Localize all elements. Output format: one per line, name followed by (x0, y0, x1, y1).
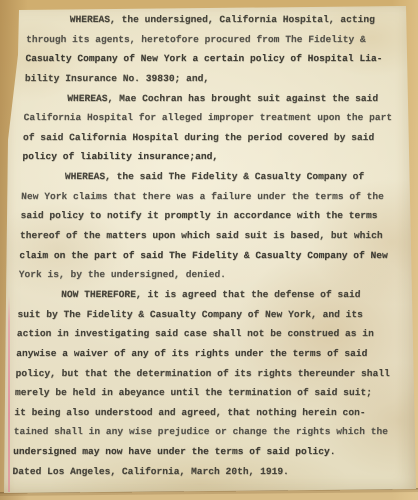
document-line: policy of liability insurance;and, (22, 147, 414, 167)
document-line: it being also understood and agreed, tha… (14, 403, 406, 423)
document-line: York is, by the undersigned, denied. (18, 265, 410, 285)
document-text: WHEREAS, the undersigned, California Hos… (0, 10, 418, 481)
document-line: bility Insurance No. 39830; and, (25, 69, 417, 89)
document-line: through its agents, heretofore procured … (26, 30, 418, 50)
document-line: NOW THEREFORE, it is agreed that the def… (18, 285, 410, 305)
document-line: claim on the part of said The Fidelity &… (19, 246, 411, 266)
document-line: New York claims that there was a failure… (21, 187, 413, 207)
document-line: WHEREAS, Mae Cochran has brought suit ag… (24, 89, 416, 109)
document-line: WHEREAS, the said The Fidelity & Casualt… (21, 167, 413, 187)
document-line: merely be held in abeyance until the ter… (15, 383, 407, 403)
document-line: thereof of the matters upon which said s… (20, 226, 412, 246)
document-line: policy, but that the determination of it… (15, 364, 407, 384)
document-line: said policy to notify it promptly in acc… (20, 206, 412, 226)
document-line: suit by The Fidelity & Casualty Company … (17, 305, 409, 325)
document-page: WHEREAS, the undersigned, California Hos… (0, 0, 418, 500)
document-line: Casualty Company of New York a certain p… (25, 49, 417, 69)
document-line: California Hospital for alleged improper… (23, 108, 415, 128)
scan-background: WHEREAS, the undersigned, California Hos… (0, 0, 418, 500)
document-line: Dated Los Angeles, California, March 20t… (12, 462, 404, 482)
document-line: anywise a waiver of any of its rights un… (16, 344, 408, 364)
document-line: action in investigating said case shall … (17, 324, 409, 344)
document-line: WHEREAS, the undersigned, California Hos… (26, 10, 418, 30)
document-line: undersigned may now have under the terms… (13, 442, 405, 462)
document-line: of said California Hospital during the p… (23, 128, 415, 148)
document-line: tained shall in any wise prejudice or ch… (13, 422, 405, 442)
